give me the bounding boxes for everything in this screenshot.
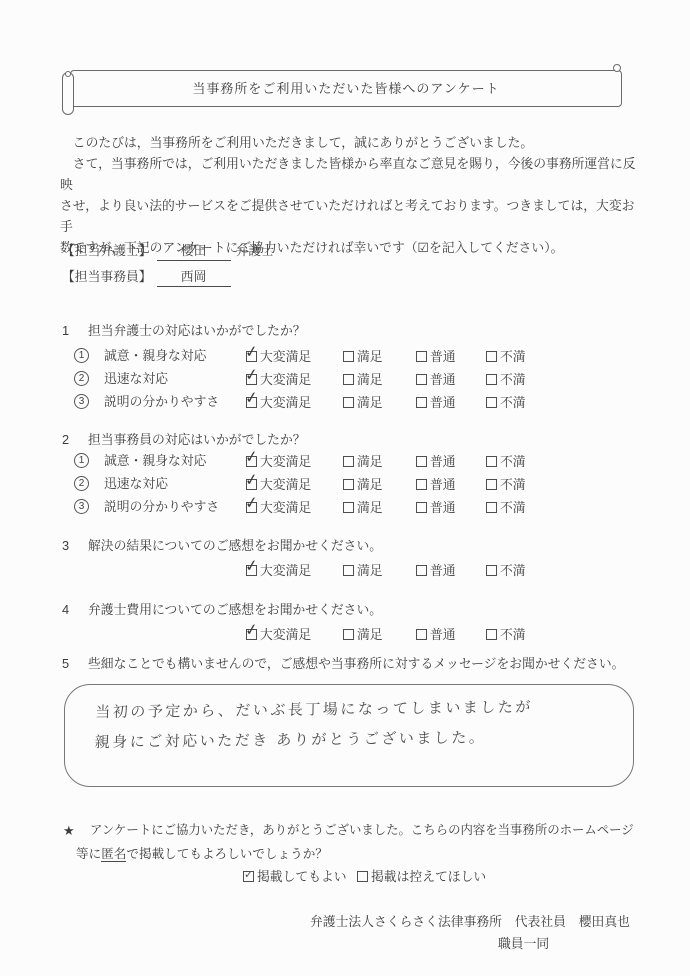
option-label: 満足: [357, 452, 383, 471]
item-label: 迅速な対応: [104, 369, 168, 388]
option-label: 不満: [500, 498, 526, 517]
checkbox-very-satisfied[interactable]: [246, 456, 257, 467]
option-label: 不満: [500, 561, 526, 580]
staff-signature: 職員一同: [498, 934, 549, 953]
q2-item-1-row: 1 誠意・親身な対応 大変満足 満足 普通 不満: [0, 451, 690, 471]
intro-line: さて，当事務所では，ご利用いただきました皆様から率直なご意見を賜り，今後の事務所…: [60, 153, 642, 195]
item-number-circled: 1: [74, 453, 89, 468]
question-2-heading: 2担当事務員の対応はいかがでしたか？: [62, 430, 306, 449]
clerk-name: 西岡: [157, 267, 231, 287]
option-label: 満足: [357, 347, 383, 366]
firm-signature: 弁護士法人さくらさく法律事務所 代表社員 櫻田真也: [310, 912, 630, 931]
option-label: 大変満足: [260, 498, 311, 517]
closing-line-2-post: で掲載してもよろしいでしょうか？: [126, 847, 328, 861]
intro-line: このたびは，当事務所をご利用いただきまして，誠にありがとうございました。: [60, 132, 642, 153]
checkbox-very-satisfied[interactable]: [246, 502, 257, 513]
option-label: 普通: [430, 561, 456, 580]
question-1-heading: 1担当弁護士の対応はいかがでしたか？: [62, 321, 306, 340]
option-very-satisfied: 大変満足: [246, 561, 311, 580]
star-icon: ★: [63, 821, 75, 841]
option-label: 大変満足: [260, 393, 311, 412]
q2-item-2-row: 2 迅速な対応 大変満足 満足 普通 不満: [0, 474, 690, 494]
question-text: 担当事務員の対応はいかがでしたか？: [88, 432, 306, 447]
checkbox-dissatisfied[interactable]: [486, 479, 497, 490]
item-number-circled: 1: [74, 348, 89, 363]
checkbox-dissatisfied[interactable]: [486, 502, 497, 513]
option-label: 大変満足: [260, 370, 311, 389]
question-3-heading: 3解決の結果についてのご感想をお聞かせください。: [62, 536, 382, 555]
q1-item-2-row: 2 迅速な対応 大変満足 満足 普通 不満: [0, 369, 690, 389]
item-number-circled: 3: [74, 394, 89, 409]
intro-paragraph: このたびは，当事務所をご利用いただきまして，誠にありがとうございました。 さて，…: [60, 132, 642, 258]
option-label: 普通: [430, 498, 456, 517]
option-label: 不満: [500, 370, 526, 389]
banner-scroll-roll: [62, 72, 74, 115]
closing-line-2-pre: 等に: [76, 847, 101, 861]
option-label: 大変満足: [260, 347, 311, 366]
q2-item-3-row: 3 説明の分かりやすさ 大変満足 満足 普通 不満: [0, 497, 690, 517]
closing-line-1: アンケートにご協力いただき，ありがとうございました。こちらの内容を当事務所のホー…: [90, 821, 634, 840]
checkbox-dissatisfied[interactable]: [486, 456, 497, 467]
question-text: 弁護士費用についてのご感想をお聞かせください。: [88, 602, 382, 617]
checkbox-satisfied[interactable]: [343, 397, 354, 408]
option-label: 大変満足: [260, 561, 311, 580]
q4-options-row: 大変満足 満足 普通 不満: [0, 624, 690, 644]
handwritten-line: 親身にご対応いただき ありがとうございました。: [94, 722, 605, 758]
option-neutral: 普通: [416, 498, 456, 517]
option-label: 不満: [500, 347, 526, 366]
checkbox-neutral[interactable]: [416, 397, 427, 408]
option-neutral: 普通: [416, 625, 456, 644]
item-number-circled: 2: [74, 371, 89, 386]
comment-textarea[interactable]: 当初の予定から、だいぶ長丁場になってしまいましたが 親身にご対応いただき ありが…: [64, 684, 634, 787]
option-satisfied: 満足: [343, 561, 383, 580]
lawyer-suffix: 弁護士: [236, 243, 274, 258]
checkbox-very-satisfied[interactable]: [246, 374, 257, 385]
question-text: 些細なことでも構いませんので，ご感想や当事務所に対するメッセージをお聞かせくださ…: [88, 656, 624, 671]
option-label: 大変満足: [260, 452, 311, 471]
checkbox-neutral[interactable]: [416, 565, 427, 576]
checkbox-very-satisfied[interactable]: [246, 565, 257, 576]
item-number-circled: 2: [74, 476, 89, 491]
option-satisfied: 満足: [343, 370, 383, 389]
publish-yes-option: 掲載してもよい: [243, 867, 347, 886]
checkbox-dissatisfied[interactable]: [486, 565, 497, 576]
checkbox-dissatisfied[interactable]: [486, 629, 497, 640]
option-label: 満足: [357, 475, 383, 494]
option-very-satisfied: 大変満足: [246, 625, 311, 644]
option-dissatisfied: 不満: [486, 393, 526, 412]
checkbox-neutral[interactable]: [416, 479, 427, 490]
clerk-field: 【担当事務員】西岡: [62, 267, 236, 289]
option-label: 掲載は控えてほしい: [371, 867, 486, 886]
option-dissatisfied: 不満: [486, 347, 526, 366]
page-title: 当事務所をご利用いただいた皆様へのアンケート: [71, 71, 621, 106]
q3-options-row: 大変満足 満足 普通 不満: [0, 560, 690, 580]
option-label: 普通: [430, 475, 456, 494]
checkbox-publish-yes[interactable]: [243, 871, 254, 882]
question-number: 1: [62, 321, 88, 340]
checkbox-neutral[interactable]: [416, 502, 427, 513]
option-label: 普通: [430, 370, 456, 389]
question-5-heading: 5些細なことでも構いませんので，ご感想や当事務所に対するメッセージをお聞かせくだ…: [62, 654, 624, 673]
question-4-heading: 4弁護士費用についてのご感想をお聞かせください。: [62, 600, 382, 619]
checkbox-very-satisfied[interactable]: [246, 351, 257, 362]
checkbox-satisfied[interactable]: [343, 374, 354, 385]
option-satisfied: 満足: [343, 452, 383, 471]
publish-options-row: 掲載してもよい 掲載は控えてほしい: [0, 866, 690, 886]
checkbox-satisfied[interactable]: [343, 565, 354, 576]
option-dissatisfied: 不満: [486, 625, 526, 644]
intro-line: させ，より良い法的サービスをご提供させていただければと考えております。つきまして…: [60, 195, 642, 237]
option-neutral: 普通: [416, 561, 456, 580]
option-satisfied: 満足: [343, 625, 383, 644]
option-satisfied: 満足: [343, 498, 383, 517]
item-label: 誠意・親身な対応: [104, 451, 206, 470]
option-label: 満足: [357, 625, 383, 644]
handwritten-line: 当初の予定から、だいぶ長丁場になってしまいましたが: [95, 692, 606, 728]
publish-no-option: 掲載は控えてほしい: [357, 867, 486, 886]
anonymous-underlined: 匿名: [101, 847, 126, 862]
checkbox-very-satisfied[interactable]: [246, 397, 257, 408]
scanned-survey-page: 当事務所をご利用いただいた皆様へのアンケート このたびは，当事務所をご利用いただ…: [0, 0, 690, 976]
checkbox-neutral[interactable]: [416, 456, 427, 467]
closing-line-2: 等に匿名で掲載してもよろしいでしょうか？: [76, 845, 328, 864]
option-very-satisfied: 大変満足: [246, 393, 311, 412]
option-neutral: 普通: [416, 452, 456, 471]
option-neutral: 普通: [416, 370, 456, 389]
option-neutral: 普通: [416, 475, 456, 494]
checkbox-neutral[interactable]: [416, 351, 427, 362]
option-satisfied: 満足: [343, 475, 383, 494]
option-label: 不満: [500, 475, 526, 494]
checkbox-neutral[interactable]: [416, 374, 427, 385]
scroll-curl-icon: [613, 64, 621, 72]
checkbox-very-satisfied[interactable]: [246, 479, 257, 490]
checkbox-publish-no[interactable]: [357, 871, 368, 882]
option-dissatisfied: 不満: [486, 475, 526, 494]
banner-scroll-body: 当事務所をご利用いただいた皆様へのアンケート: [70, 70, 622, 107]
option-label: 普通: [430, 625, 456, 644]
checkbox-satisfied[interactable]: [343, 456, 354, 467]
lawyer-name: 櫻田: [157, 241, 231, 261]
option-dissatisfied: 不満: [486, 498, 526, 517]
option-label: 大変満足: [260, 475, 311, 494]
title-banner: 当事務所をご利用いただいた皆様へのアンケート: [62, 64, 628, 118]
question-text: 担当弁護士の対応はいかがでしたか？: [88, 323, 306, 338]
item-label: 迅速な対応: [104, 474, 168, 493]
option-label: 不満: [500, 452, 526, 471]
option-dissatisfied: 不満: [486, 370, 526, 389]
question-number: 5: [62, 654, 88, 673]
question-number: 3: [62, 536, 88, 555]
option-satisfied: 満足: [343, 347, 383, 366]
option-dissatisfied: 不満: [486, 452, 526, 471]
question-number: 2: [62, 430, 88, 449]
checkbox-satisfied[interactable]: [343, 479, 354, 490]
option-neutral: 普通: [416, 347, 456, 366]
lawyer-field: 【担当弁護士】櫻田弁護士: [62, 241, 274, 263]
handwritten-comment: 当初の予定から、だいぶ長丁場になってしまいましたが 親身にご対応いただき ありが…: [94, 692, 605, 758]
option-label: 普通: [430, 393, 456, 412]
checkbox-satisfied[interactable]: [343, 502, 354, 513]
checkbox-neutral[interactable]: [416, 629, 427, 640]
option-very-satisfied: 大変満足: [246, 498, 311, 517]
option-label: 満足: [357, 393, 383, 412]
option-label: 大変満足: [260, 625, 311, 644]
option-label: 掲載してもよい: [257, 867, 347, 886]
question-text: 解決の結果についてのご感想をお聞かせください。: [88, 538, 382, 553]
option-label: 満足: [357, 561, 383, 580]
option-label: 満足: [357, 498, 383, 517]
checkbox-dissatisfied[interactable]: [486, 351, 497, 362]
checkbox-dissatisfied[interactable]: [486, 397, 497, 408]
item-label: 説明の分かりやすさ: [104, 497, 219, 516]
checkbox-dissatisfied[interactable]: [486, 374, 497, 385]
clerk-label: 【担当事務員】: [62, 269, 152, 284]
option-label: 不満: [500, 625, 526, 644]
scroll-curl-icon: [65, 71, 71, 77]
item-number-circled: 3: [74, 499, 89, 514]
option-label: 普通: [430, 452, 456, 471]
checkbox-satisfied[interactable]: [343, 629, 354, 640]
checkbox-satisfied[interactable]: [343, 351, 354, 362]
option-neutral: 普通: [416, 393, 456, 412]
option-satisfied: 満足: [343, 393, 383, 412]
question-number: 4: [62, 600, 88, 619]
q1-item-1-row: 1 誠意・親身な対応 大変満足 満足 普通 不満: [0, 346, 690, 366]
checkbox-very-satisfied[interactable]: [246, 629, 257, 640]
option-dissatisfied: 不満: [486, 561, 526, 580]
lawyer-label: 【担当弁護士】: [62, 243, 152, 258]
option-label: 普通: [430, 347, 456, 366]
option-label: 満足: [357, 370, 383, 389]
item-label: 誠意・親身な対応: [104, 346, 206, 365]
item-label: 説明の分かりやすさ: [104, 392, 219, 411]
q1-item-3-row: 3 説明の分かりやすさ 大変満足 満足 普通 不満: [0, 392, 690, 412]
option-label: 不満: [500, 393, 526, 412]
